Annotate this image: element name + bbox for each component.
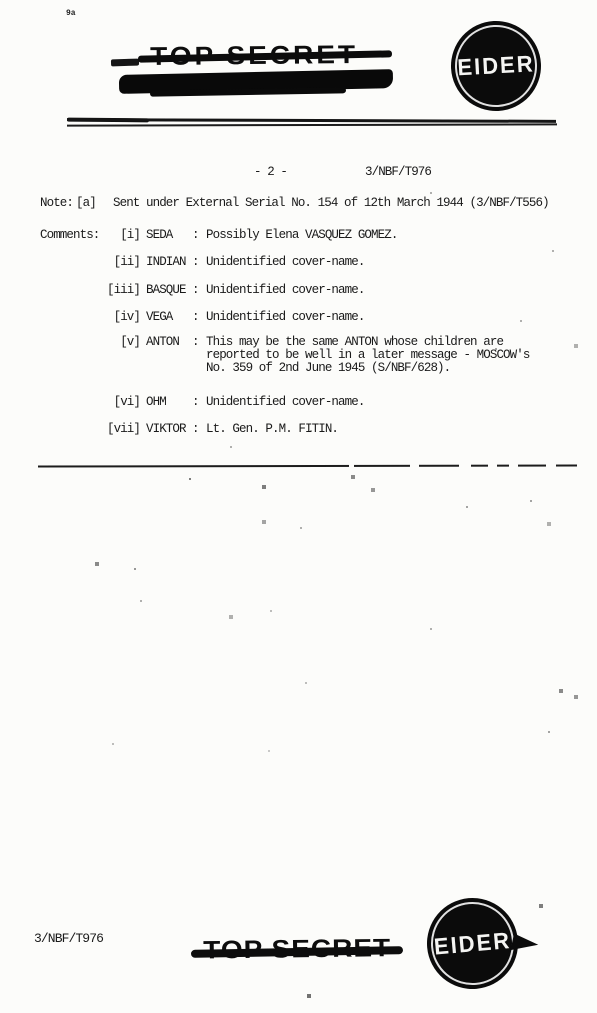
- note-index: [a]: [76, 197, 96, 210]
- comment-text: Unidentified cover-name.: [206, 256, 364, 269]
- divider-line-lower: [67, 123, 557, 126]
- comment-row: [iv] VEGA : Unidentified cover-name.: [0, 311, 597, 325]
- scan-noise: [0, 0, 2, 2]
- comment-separator: :: [192, 256, 199, 269]
- comment-separator: :: [192, 229, 199, 242]
- divider-gap: [509, 463, 518, 469]
- eider-stamp-bottom: EIDER: [423, 894, 522, 993]
- divider-gap: [349, 463, 354, 469]
- reference-number-footer: 3/NBF/T976: [34, 932, 103, 945]
- comment-index: [iii]: [86, 284, 140, 297]
- cover-name: BASQUE: [146, 284, 186, 297]
- comment-row: [ii] INDIAN : Unidentified cover-name.: [0, 256, 597, 270]
- strikethrough-dash: [111, 59, 139, 67]
- comment-row: [i] SEDA : Possibly Elena VASQUEZ GOMEZ.: [0, 229, 597, 243]
- comment-index: [i]: [86, 229, 140, 242]
- note-text: Sent under External Serial No. 154 of 12…: [113, 197, 549, 210]
- comment-row: [iii] BASQUE : Unidentified cover-name.: [0, 284, 597, 298]
- eider-stamp-top: EIDER: [449, 19, 544, 114]
- comment-index: [v]: [86, 336, 140, 349]
- comment-separator: :: [192, 284, 199, 297]
- comment-separator: :: [192, 396, 199, 409]
- divider-gap: [546, 463, 556, 469]
- comment-text: Unidentified cover-name.: [206, 284, 364, 297]
- divider-gap: [459, 463, 471, 469]
- comment-separator: :: [192, 311, 199, 324]
- comment-text: Lt. Gen. P.M. FITIN.: [206, 423, 338, 436]
- comment-index: [iv]: [86, 311, 140, 324]
- comment-text: Possibly Elena VASQUEZ GOMEZ.: [206, 229, 397, 242]
- comment-separator: :: [192, 423, 199, 436]
- page-number: - 2 -: [254, 166, 287, 179]
- cover-name: VIKTOR: [146, 423, 186, 436]
- corner-mark: 9a: [66, 9, 76, 18]
- eider-stamp-label: EIDER: [457, 50, 536, 81]
- cover-name: INDIAN: [146, 256, 186, 269]
- comment-separator: :: [192, 336, 199, 349]
- comment-index: [vi]: [86, 396, 140, 409]
- document-page: 9a TOP SECRET EIDER - 2 - 3/NBF/T976 Not…: [0, 0, 597, 1013]
- comment-row: [vi] OHM : Unidentified cover-name.: [0, 396, 597, 410]
- cover-name: ANTON: [146, 336, 179, 349]
- cover-name: SEDA: [146, 229, 172, 242]
- comment-row: [vii] VIKTOR : Lt. Gen. P.M. FITIN.: [0, 423, 597, 437]
- divider-gap: [488, 463, 497, 469]
- comment-index: [vii]: [86, 423, 140, 436]
- cover-name: VEGA: [146, 311, 172, 324]
- comment-index: [ii]: [86, 256, 140, 269]
- comment-text: No. 359 of 2nd June 1945 (S/NBF/628).: [206, 362, 529, 375]
- note-label: Note:: [40, 197, 73, 210]
- cover-name: OHM: [146, 396, 166, 409]
- reference-number-header: 3/NBF/T976: [365, 166, 431, 179]
- comment-row: [v] ANTON : This may be the same ANTON w…: [0, 336, 597, 350]
- divider-gap: [410, 463, 419, 469]
- eider-stamp-label: EIDER: [433, 927, 512, 961]
- comment-text: Unidentified cover-name.: [206, 311, 364, 324]
- comment-text: Unidentified cover-name.: [206, 396, 364, 409]
